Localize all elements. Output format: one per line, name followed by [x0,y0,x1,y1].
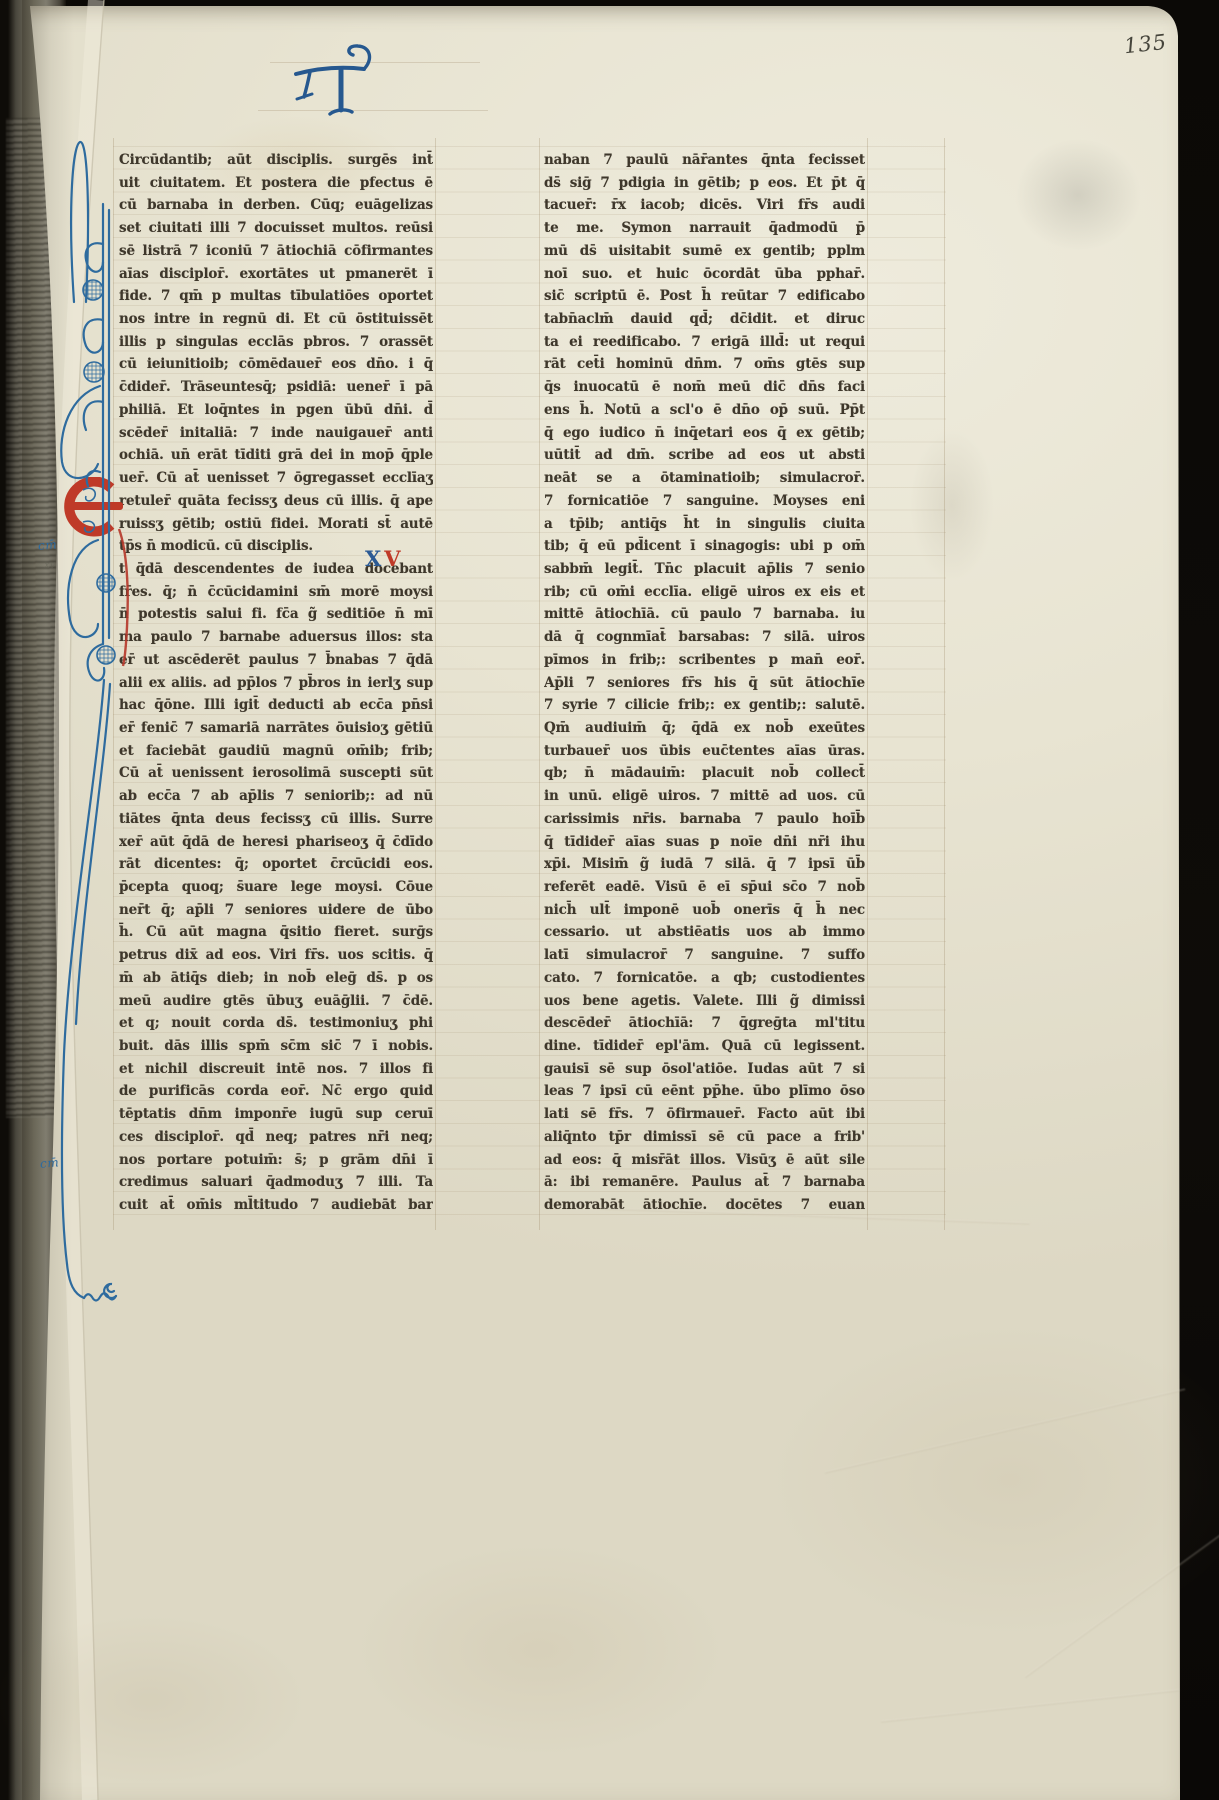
manuscript-line: ces disciplor̄. qd̄ neq; patres nr̄i neq… [119,1126,433,1149]
manuscript-line: turbauer̄ uos ūbis euc̄tentes aīas ūras. [544,740,865,763]
manuscript-line: Qm̄ audiuim̄ q̄; q̄dā ex nob̄ exeūtes [544,717,865,740]
manuscript-line: a tp̄ib; antiq̄s h̄t in singulis ciuita [544,513,865,536]
manuscript-line: rāt cet̄i hominū dn̄m. 7 om̄s gtēs sup [544,353,865,376]
manuscript-line: tib; q̄ eū pd̄icent ī sinagogis: ubi p o… [544,535,865,558]
manuscript-line: de purificās corda eor̄. Nc̄ ergo quid [119,1080,433,1103]
manuscript-line: philiā. Et loq̄ntes in pgen ūbū dn̄i. d̄ [119,399,433,422]
chapter-numeral-v: V [384,546,403,571]
manuscript-line: h̄. Cū aūt magna q̄sitio fieret. surḡs [119,921,433,944]
manuscript-line: et q; nouit corda ds̄. testimoniuʒ phi [119,1012,433,1035]
manuscript-line: xer̄ aūt q̄dā de heresi phariseoʒ q̄ c̄d… [119,831,433,854]
manuscript-line: gauisī sē sup ōsol'atiōe. Iudas aūt 7 si [544,1058,865,1081]
manuscript-line: cato. 7 fornicatōe. a qb; custodientes [544,967,865,990]
manuscript-line: referēt eadē. Visū ē eī sp̄ui sc̄o 7 nob… [544,876,865,899]
manuscript-line: tiātes q̄nta deus fecissʒ cū illis. Surr… [119,808,433,831]
manuscript-line: tēptatis dn̄m imponr̄e iugū sup ceruī [119,1103,433,1126]
manuscript-line: alii ex aliis. ad pp̄los 7 pb̄ros in ier… [119,672,433,695]
manuscript-line: uer̄. Cū at̄ uenisset 7 ōgregasset ecclī… [119,467,433,490]
manuscript-line: ā: ibi remanēre. Paulus at̄ 7 barnaba [544,1171,865,1194]
manuscript-line: te me. Symon narrauit q̄admodū p̄ [544,217,865,240]
manuscript-line: scēder̄ initaliā: 7 inde nauigauer̄ anti [119,422,433,445]
manuscript-line: noī suo. et huic ōcordāt ūba pphar̄. [544,263,865,286]
manuscript-line: c̄dider̄. Trāseuntesq̄; psidiā: uener̄ ī… [119,376,433,399]
manuscript-line: in unū. eligē uiros. 7 mittē ad uos. cū [544,785,865,808]
manuscript-line: sic̄ scriptū ē. Post h̄ reūtar 7 edifica… [544,285,865,308]
manuscript-line: fide. 7 qm̄ p multas tībulatiōes oportet [119,285,433,308]
manuscript-line: latī simulacror̄ 7 sanguine. 7 suffo [544,944,865,967]
manuscript-line: ner̄t q̄; ap̄li 7 seniores uidere de ūbo [119,899,433,922]
manuscript-line: set ciuitati illi 7 docuisset multos. re… [119,217,433,240]
manuscript-line: Cū at̄ uenissent ierosolimā suscepti sūt [119,762,433,785]
manuscript-line: illis p singulas ecclās pbros. 7 orassēt [119,331,433,354]
manuscript-line: pīmos in frib;: scribentes p man̄ eor̄. [544,649,865,672]
manuscript-line: et nichil discreuit intē nos. 7 illos fi [119,1058,433,1081]
manuscript-line: Ap̄li 7 seniores fr̄s his q̄ sūt ātiochī… [544,672,865,695]
manuscript-line: rib; cū om̄i ecclīa. eligē uiros ex eis … [544,581,865,604]
manuscript-line: retuler̄ quāta fecissʒ deus cū illis. q̄… [119,490,433,513]
manuscript-line: fr̄es. q̄; n̄ c̄cūcidamini sm̄ morē moys… [119,581,433,604]
ruling-line-vertical [867,138,868,1230]
manuscript-line: 7 syrie 7 cilicie frib;: ex gentib;: sal… [544,694,865,717]
manuscript-line: ds̄ siḡ 7 pdigia in gētib; p eos. Et p̄t… [544,172,865,195]
manuscript-line: m̄ ab ātiq̄s dieb; in nob̄ eleḡ ds̄. p o… [119,967,433,990]
manuscript-line: cessario. ut abstiēatis uos ab immo [544,921,865,944]
manuscript-line: rāt dicentes: q̄; oportet c̄rcūcidi eos. [119,853,433,876]
manuscript-line: dine. tīdider̄ epl'ām. Quā cū legissent. [544,1035,865,1058]
manuscript-line: hac q̄ōne. Illi igit̄ deducti ab ecc̄a p… [119,694,433,717]
text-column-left: Circūdantib; aūt disciplis. surgēs int̄u… [119,149,433,1217]
manuscript-line: er̄ ut ascēderēt paulus 7 b̄nabas 7 q̄dā [119,649,433,672]
manuscript-line: p̄cepta quoq; s̄uare lege moysi. Cōue [119,876,433,899]
running-header-letter-icon [286,40,386,122]
manuscript-line: cuit at̄ om̄is ml̄titudo 7 audiebāt bar [119,1194,433,1217]
manuscript-line: ma paulo 7 barnabe aduersus illos: sta [119,626,433,649]
manuscript-line: petrus dix̄ ad eos. Viri fr̄s. uos sciti… [119,944,433,967]
manuscript-line: descēder̄ ātiochīā: 7 q̄greḡta ml'titu [544,1012,865,1035]
manuscript-line: xp̄i. Misim̄ g̃ iudā 7 silā. q̄ 7 ipsī ū… [544,853,865,876]
manuscript-line: naban 7 paulū nār̄antes q̄nta fecisset [544,149,865,172]
margin-annotation: cm̄ [37,537,57,553]
chapter-numeral-x: X [365,546,384,571]
manuscript-photo: 135 Circūdantib; aūt disciplis. surgēs i… [0,0,1219,1800]
manuscript-line: et faciebāt gaudiū magnū om̄ib; frib; [119,740,433,763]
manuscript-line: uūtit̄ ad dm̄. scribe ad eos ut absti [544,444,865,467]
manuscript-line: mittē ātiochīā. cū paulo 7 barnaba. iu [544,603,865,626]
manuscript-line: qb; n̄ mādauim̄: placuit nob̄ collect̄ [544,762,865,785]
chapter-numeral: XV [365,546,404,571]
margin-annotation: cm̄ [39,1155,59,1171]
manuscript-line: sē listrā 7 iconiū 7 ātiochiā cōfirmante… [119,240,433,263]
manuscript-line: Circūdantib; aūt disciplis. surgēs int̄ [119,149,433,172]
manuscript-line: demorabāt ātiochīe. docētes 7 euan [544,1194,865,1217]
manuscript-line: ab ecc̄a 7 ab ap̄lis 7 seniorib;: ad nū [119,785,433,808]
manuscript-line: n̄ potestis salui fi. fc̄a g̃ seditiōe n… [119,603,433,626]
manuscript-line: cū barnaba in derben. Cūq; euāgelizas [119,194,433,217]
manuscript-line: er̄ fenic̄ 7 samariā narrātes ōuisioʒ gē… [119,717,433,740]
manuscript-line: dā q̄ cognmīat̄ barsabas: 7 silā. uiros [544,626,865,649]
manuscript-line: nich̄ ult̄ imponē uob̄ onerīs q̄ h̄ nec [544,899,865,922]
pencil-annotation: xv [44,560,55,571]
manuscript-line: nos portare potuim̄: s̄; p grām dn̄i ī [119,1149,433,1172]
manuscript-line: 7 fornicatiōe 7 sanguine. Moyses eni [544,490,865,513]
folio-number: 135 [1123,30,1168,58]
manuscript-line: uos bene agetis. Valete. Illi g̃ dimissi [544,990,865,1013]
manuscript-line: q̄ tīdider̄ aīas suas p noīe dn̄i nr̄i i… [544,831,865,854]
text-column-right: naban 7 paulū nār̄antes q̄nta fecissetds… [544,149,865,1217]
manuscript-line: neāt se a ōtaminatioib; simulacror̄. [544,467,865,490]
manuscript-line: tacuer̄: r̄x iacob; dicēs. Viri fr̄s aud… [544,194,865,217]
manuscript-line: aliq̄nto tp̄r dimissī sē cū pace a frib' [544,1126,865,1149]
manuscript-line: uit ciuitatem. Et postera die pfectus ē [119,172,433,195]
manuscript-line: meū audire gtēs ūbuʒ euāḡlii. 7 c̄dē. [119,990,433,1013]
manuscript-line: ochiā. un̄ erāt tīditi grā dei in mop̄ q… [119,444,433,467]
ruling-line-vertical [435,138,436,1230]
manuscript-line: lati sē fr̄s. 7 ōfirmauer̄. Facto aūt ib… [544,1103,865,1126]
manuscript-line: ad eos: q̄ misr̄āt illos. Visūʒ ē aūt si… [544,1149,865,1172]
ruling-line-vertical [539,138,540,1230]
manuscript-line: ruissʒ gētib; ostiū fidei. Morati st̄ au… [119,513,433,536]
manuscript-line: credimus saluari q̄admoduʒ 7 illi. Ta [119,1171,433,1194]
manuscript-line: ta ei reedificabo. 7 erigā illd̄: ut req… [544,331,865,354]
manuscript-line: nos intre in regnū di. Et cū ōstituissēt [119,308,433,331]
manuscript-line: mū ds̄ uisitabit sumē ex gentib; pplm [544,240,865,263]
manuscript-line: q̄s inuocatū ē nom̄ meū dic̄ dn̄s faci [544,376,865,399]
manuscript-line: aīas disciplor̄. exortātes ut pmanerēt ī [119,263,433,286]
manuscript-line: cū ieiunitioib; cōmēdauer̄ eos dn̄o. i q… [119,353,433,376]
manuscript-line: ens h̄. Notū a scl'o ē dn̄o op̄ suū. Pp̄… [544,399,865,422]
ruling-line-vertical [944,138,945,1230]
manuscript-line: q̄ ego iudico n̄ inq̄etari eos q̄ ex gēt… [544,422,865,445]
marginal-filigree-flourish [34,124,126,1328]
manuscript-line: sabbm̄ legit̄. Tn̄c placuit ap̄lis 7 sen… [544,558,865,581]
manuscript-line: leas 7 ipsī cū eēnt pp̄he. ūbo plīmo ōso [544,1080,865,1103]
manuscript-line: carissimis nr̄is. barnaba 7 paulo hoīb̄ [544,808,865,831]
manuscript-line: buit. dās illis spm̄ sc̄m sic̄ 7 ī nobis… [119,1035,433,1058]
manuscript-line: tabn̄aclm̄ dauid qd̄; dc̄idit. et diruc [544,308,865,331]
